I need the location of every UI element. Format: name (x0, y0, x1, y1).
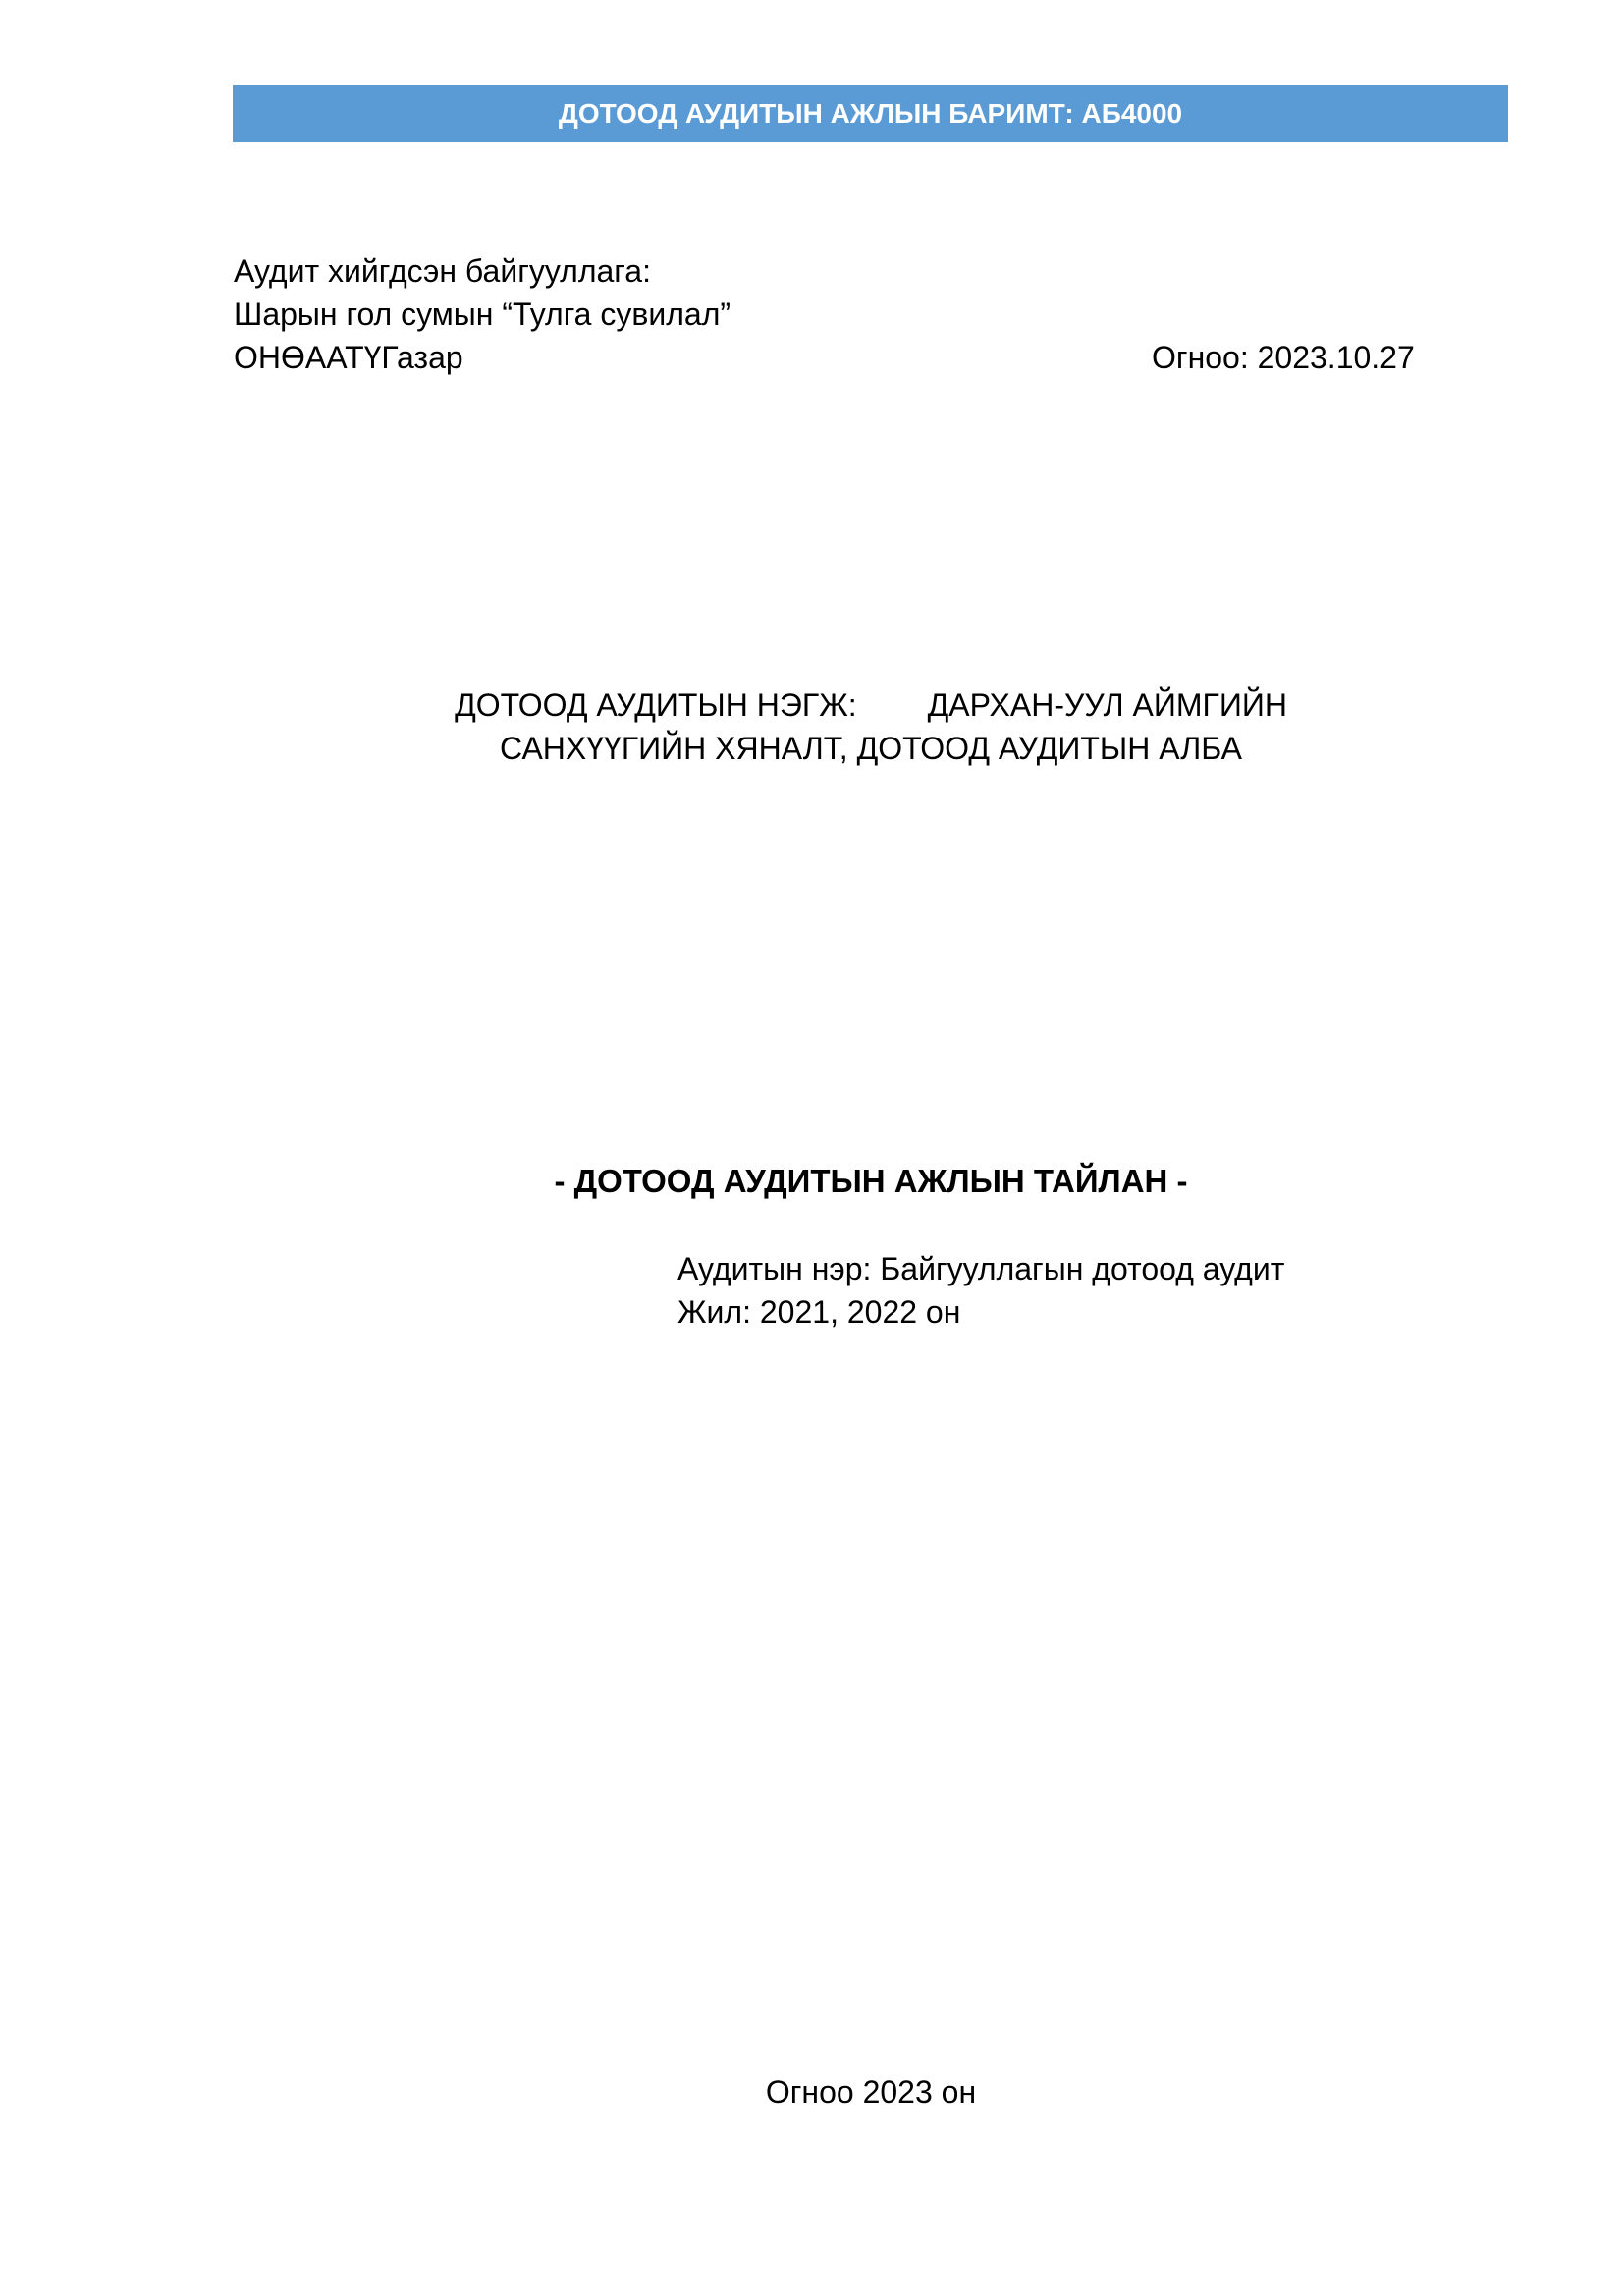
audit-unit-label: ДОТООД АУДИТЫН НЭГЖ: (455, 687, 857, 723)
document-page: ДОТООД АУДИТЫН АЖЛЫН БАРИМТ: АБ4000 Ауди… (0, 0, 1624, 2296)
audit-unit-name-line2: САНХҮҮГИЙН ХЯНАЛТ, ДОТООД АУДИТЫН АЛБА (234, 727, 1508, 770)
audited-organization-line3: ОНӨААТҮГазар Огноо: 2023.10.27 (234, 336, 1508, 379)
audit-unit-name-line1: ДАРХАН-УУЛ АЙМГИЙН (928, 687, 1287, 723)
footer-date: Огноо 2023 он (234, 2070, 1508, 2113)
report-title: - ДОТООД АУДИТЫН АЖЛЫН ТАЙЛАН - (234, 1160, 1508, 1203)
document-header-bar: ДОТООД АУДИТЫН АЖЛЫН БАРИМТ: АБ4000 (233, 85, 1508, 142)
audit-unit-line1: ДОТООД АУДИТЫН НЭГЖ:ДАРХАН-УУЛ АЙМГИЙН (234, 683, 1508, 727)
document-code-title: ДОТООД АУДИТЫН АЖЛЫН БАРИМТ: АБ4000 (559, 98, 1182, 130)
audit-info-block: Аудитын нэр: Байгууллагын дотоод аудит Ж… (677, 1247, 1284, 1334)
audit-years: Жил: 2021, 2022 он (677, 1290, 1284, 1334)
audited-organization-name-line2: ОНӨААТҮГазар (234, 340, 463, 375)
audited-organization-block: Аудит хийгдсэн байгууллага: Шарын гол су… (234, 249, 1508, 379)
document-date: Огноо: 2023.10.27 (1152, 336, 1415, 379)
audited-organization-label: Аудит хийгдсэн байгууллага: (234, 249, 1508, 293)
audit-unit-block: ДОТООД АУДИТЫН НЭГЖ:ДАРХАН-УУЛ АЙМГИЙН С… (234, 683, 1508, 770)
audit-name: Аудитын нэр: Байгууллагын дотоод аудит (677, 1247, 1284, 1290)
audited-organization-name-line1: Шарын гол сумын “Тулга сувилал” (234, 293, 1508, 336)
